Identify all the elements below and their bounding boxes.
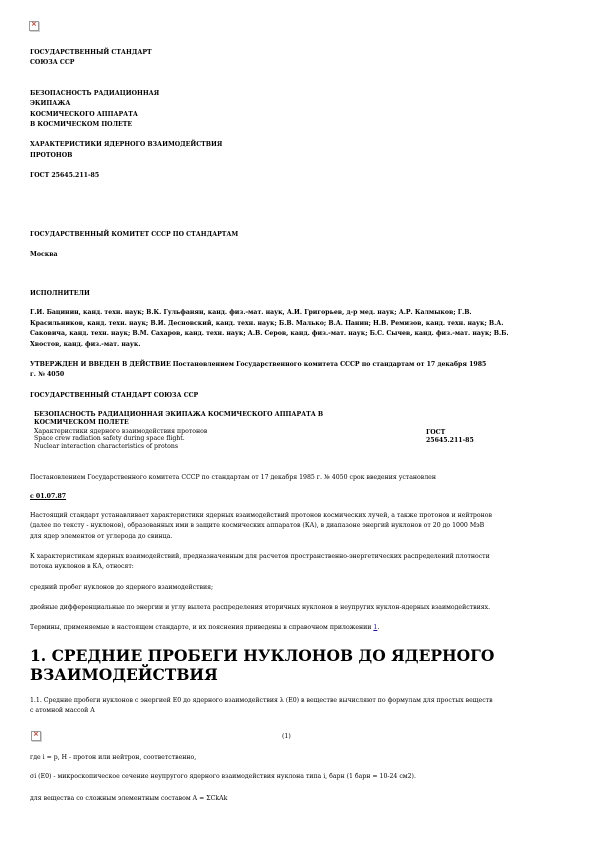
intro-line: для ядер элементов от углерода до свинца… <box>30 533 172 541</box>
subtitle-line-1: ХАРАКТЕРИСТИКИ ЯДЕРНОГО ВЗАИМОДЕЙСТВИЯ <box>30 141 222 149</box>
approval-line-2: г. № 4050 <box>30 371 64 379</box>
list-item: средний пробег нуклонов до ядерного взаи… <box>30 584 213 592</box>
approval-line-1: УТВЕРЖДЕН И ВВЕДЕН В ДЕЙСТВИЕ Постановле… <box>30 361 486 369</box>
standard-subtitle-ru: Характеристики ядерного взаимодействия п… <box>34 428 414 436</box>
decree-text: Постановлением Государственного комитета… <box>30 474 436 482</box>
standard-gost-cell: ГОСТ 25645.211-85 <box>426 429 474 446</box>
sigma-line: σi (E0) - микроскопическое сечение неупр… <box>30 773 416 781</box>
chars-line: потока нуклонов в КА, относят: <box>30 563 134 571</box>
terms-paragraph: Термины, применяемые в настоящем стандар… <box>30 624 379 632</box>
subtitle-line-2: ПРОТОНОВ <box>30 152 72 160</box>
formula-image-icon <box>31 731 41 741</box>
executors-line: Саковича, канд. техн. наук; В.М. Сахаров… <box>30 330 509 338</box>
section-1-heading: 1. СРЕДНИЕ ПРОБЕГИ НУКЛОНОВ ДО ЯДЕРНОГО <box>30 646 550 665</box>
executors-line: Г.И. Бацинин, канд. техн. наук; В.К. Гул… <box>30 309 472 317</box>
title-line-4: В КОСМИЧЕСКОМ ПОЛЕТЕ <box>30 121 132 129</box>
list-item: двойные дифференциальные по энергии и уг… <box>30 604 490 612</box>
standard-subtitle-en-2: Nuclear interaction characteristics of p… <box>34 443 414 451</box>
broken-image-icon <box>29 21 39 31</box>
intro-line: (далее по тексту - нуклонов), образованн… <box>30 522 484 530</box>
section-1-heading-line-2: ВЗАИМОДЕЙСТВИЯ <box>30 665 550 684</box>
executors-line: Красильников, канд. техн. наук; В.И. Дес… <box>30 320 504 328</box>
where-line: где i = p, H - протон или нейтрон, соотв… <box>30 754 196 762</box>
title-line-2: ЭКИПАЖА <box>30 100 70 108</box>
terms-end: . <box>377 624 379 631</box>
section-1-paragraph: с атомной массой A <box>30 707 95 715</box>
org-line-1: ГОСУДАРСТВЕННЫЙ СТАНДАРТ <box>30 49 152 57</box>
approval-label: УТВЕРЖДЕН И ВВЕДЕН В ДЕЙСТВИЕ <box>30 361 171 368</box>
terms-text: Термины, применяемые в настоящем стандар… <box>30 624 373 631</box>
committee: ГОСУДАРСТВЕННЫЙ КОМИТЕТ СССР ПО СТАНДАРТ… <box>30 231 238 239</box>
standard-title-line-1: БЕЗОПАСНОСТЬ РАДИАЦИОННАЯ ЭКИПАЖА КОСМИЧ… <box>34 411 414 419</box>
executors-label: ИСПОЛНИТЕЛИ <box>30 290 90 298</box>
standard-title-line-2: КОСМИЧЕСКОМ ПОЛЕТЕ <box>34 419 414 427</box>
title-line-3: КОСМИЧЕСКОГО АППАРАТА <box>30 111 138 119</box>
formula-number: (1) <box>282 733 291 741</box>
title-line-1: БЕЗОПАСНОСТЬ РАДИАЦИОННАЯ <box>30 90 159 98</box>
standard-title-cell: БЕЗОПАСНОСТЬ РАДИАЦИОННАЯ ЭКИПАЖА КОСМИЧ… <box>34 411 414 450</box>
complex-substance-line: для вещества со сложным элементным соста… <box>30 795 227 803</box>
gost-number-cell: 25645.211-85 <box>426 437 474 445</box>
section-1-paragraph: 1.1. Средние пробеги нуклонов с энергией… <box>30 697 493 705</box>
gost-number: ГОСТ 25645.211-85 <box>30 172 99 180</box>
gost-label: ГОСТ <box>426 429 474 437</box>
approval-text: Постановлением Государственного комитета… <box>173 361 487 368</box>
effective-date: с 01.07.87 <box>30 493 66 501</box>
executors-line: Хвостов, канд. физ.-мат. наук. <box>30 341 141 349</box>
org-line-2: СОЮЗА ССР <box>30 59 74 67</box>
standard-subtitle-en-1: Space crew radiation safety during space… <box>34 435 414 443</box>
chars-line: К характеристикам ядерных взаимодействий… <box>30 553 490 561</box>
standard-heading: ГОСУДАРСТВЕННЫЙ СТАНДАРТ СОЮЗА ССР <box>30 392 198 400</box>
intro-line: Настоящий стандарт устанавливает характе… <box>30 512 492 520</box>
city: Москва <box>30 251 58 259</box>
